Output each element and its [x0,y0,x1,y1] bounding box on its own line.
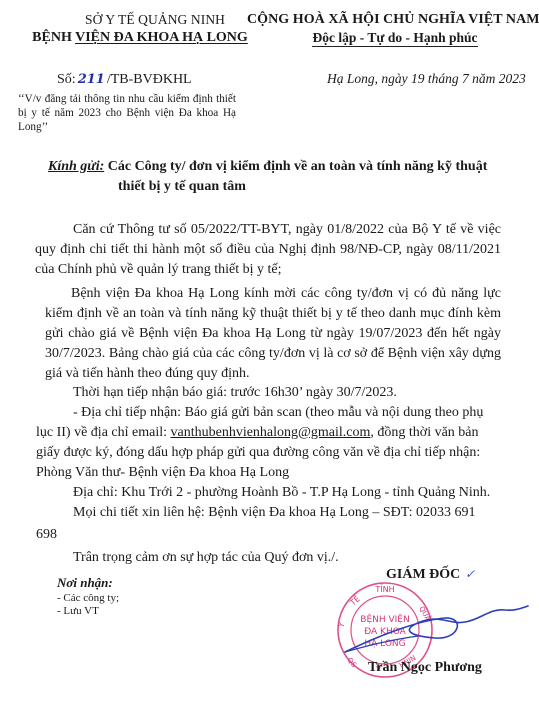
receive-line-4: Phòng Văn thư- Bệnh viện Đa khoa Hạ Long [36,465,289,481]
contact-line-1: Mọi chi tiết xin liên hệ: Bệnh viện Đa k… [73,505,476,521]
recipient-line: Kính gửi: Các Công ty/ đơn vị kiểm định … [48,159,487,175]
initial-mark-icon: ✓ [465,567,475,582]
document-subject: ‘‘V/v đăng tải thông tin nhu cầu kiểm đị… [18,92,236,134]
paragraph-legal-basis: Căn cứ Thông tư số 05/2022/TT-BYT, ngày … [35,220,501,280]
address-line: Địa chỉ: Khu Trới 2 - phường Hoành Bồ - … [73,485,490,501]
department-name: SỞ Y TẾ QUẢNG NINH [55,12,255,28]
doc-number-prefix: Số: [57,72,76,87]
paragraph-invitation: Bệnh viện Đa khoa Hạ Long kính mời các c… [45,284,501,384]
motto-text: Độc lập - Tự do - Hạnh phúc [312,30,477,47]
recipient-line-2: thiết bị y tế quan tâm [118,179,246,195]
receive-line-2: lục II) về địa chỉ email: vanthubenhvien… [36,425,479,441]
signer-name: Trần Ngọc Phương [368,660,482,676]
hospital-name-prefix: BỆNH [32,30,75,45]
hospital-name: BỆNH VIỆN ĐA KHOA HẠ LONG [20,30,260,46]
receive-line-3: giấy được ký, đóng dấu hợp pháp gửi qua … [36,445,480,461]
document-date: Hạ Long, ngày 19 tháng 7 năm 2023 [327,71,526,87]
receive-line-2-suffix: , đồng thời văn bản [370,425,478,440]
handwritten-signature-icon [340,600,530,660]
receive-line-1: - Địa chỉ tiếp nhận: Báo giá gửi bản sca… [73,405,483,421]
recipients-list-title: Nơi nhận: [57,575,113,591]
recipient-label: Kính gửi: [48,159,104,174]
stamp-top-text: TỈNH [374,583,394,594]
doc-number-suffix: /TB-BVĐKHL [107,72,192,87]
national-title: CỘNG HOÀ XÃ HỘI CHỦ NGHĨA VIỆT NAM [247,12,533,28]
document-number: Số:211/TB-BVĐKHL [57,72,192,88]
deadline-line: Thời hạn tiếp nhận báo giá: trước 16h30’… [73,385,397,401]
email-link[interactable]: vanthubenhvienhalong@gmail.com [171,425,371,440]
recipient-line-1: Các Công ty/ đơn vị kiểm định về an toàn… [108,159,488,174]
hospital-name-underlined: VIỆN ĐA KHOA HẠ LONG [75,30,248,45]
national-motto: Độc lập - Tự do - Hạnh phúc [295,30,495,46]
recipients-list-item: - Các công ty; [57,592,119,604]
receive-line-2-prefix: lục II) về địa chỉ email: [36,425,171,440]
recipients-list-item: - Lưu VT [57,605,99,617]
contact-line-2: 698 [36,527,57,543]
thanks-line: Trân trọng cảm ơn sự hợp tác của Quý đơn… [73,550,339,566]
doc-number-handwritten: 211 [78,72,105,87]
